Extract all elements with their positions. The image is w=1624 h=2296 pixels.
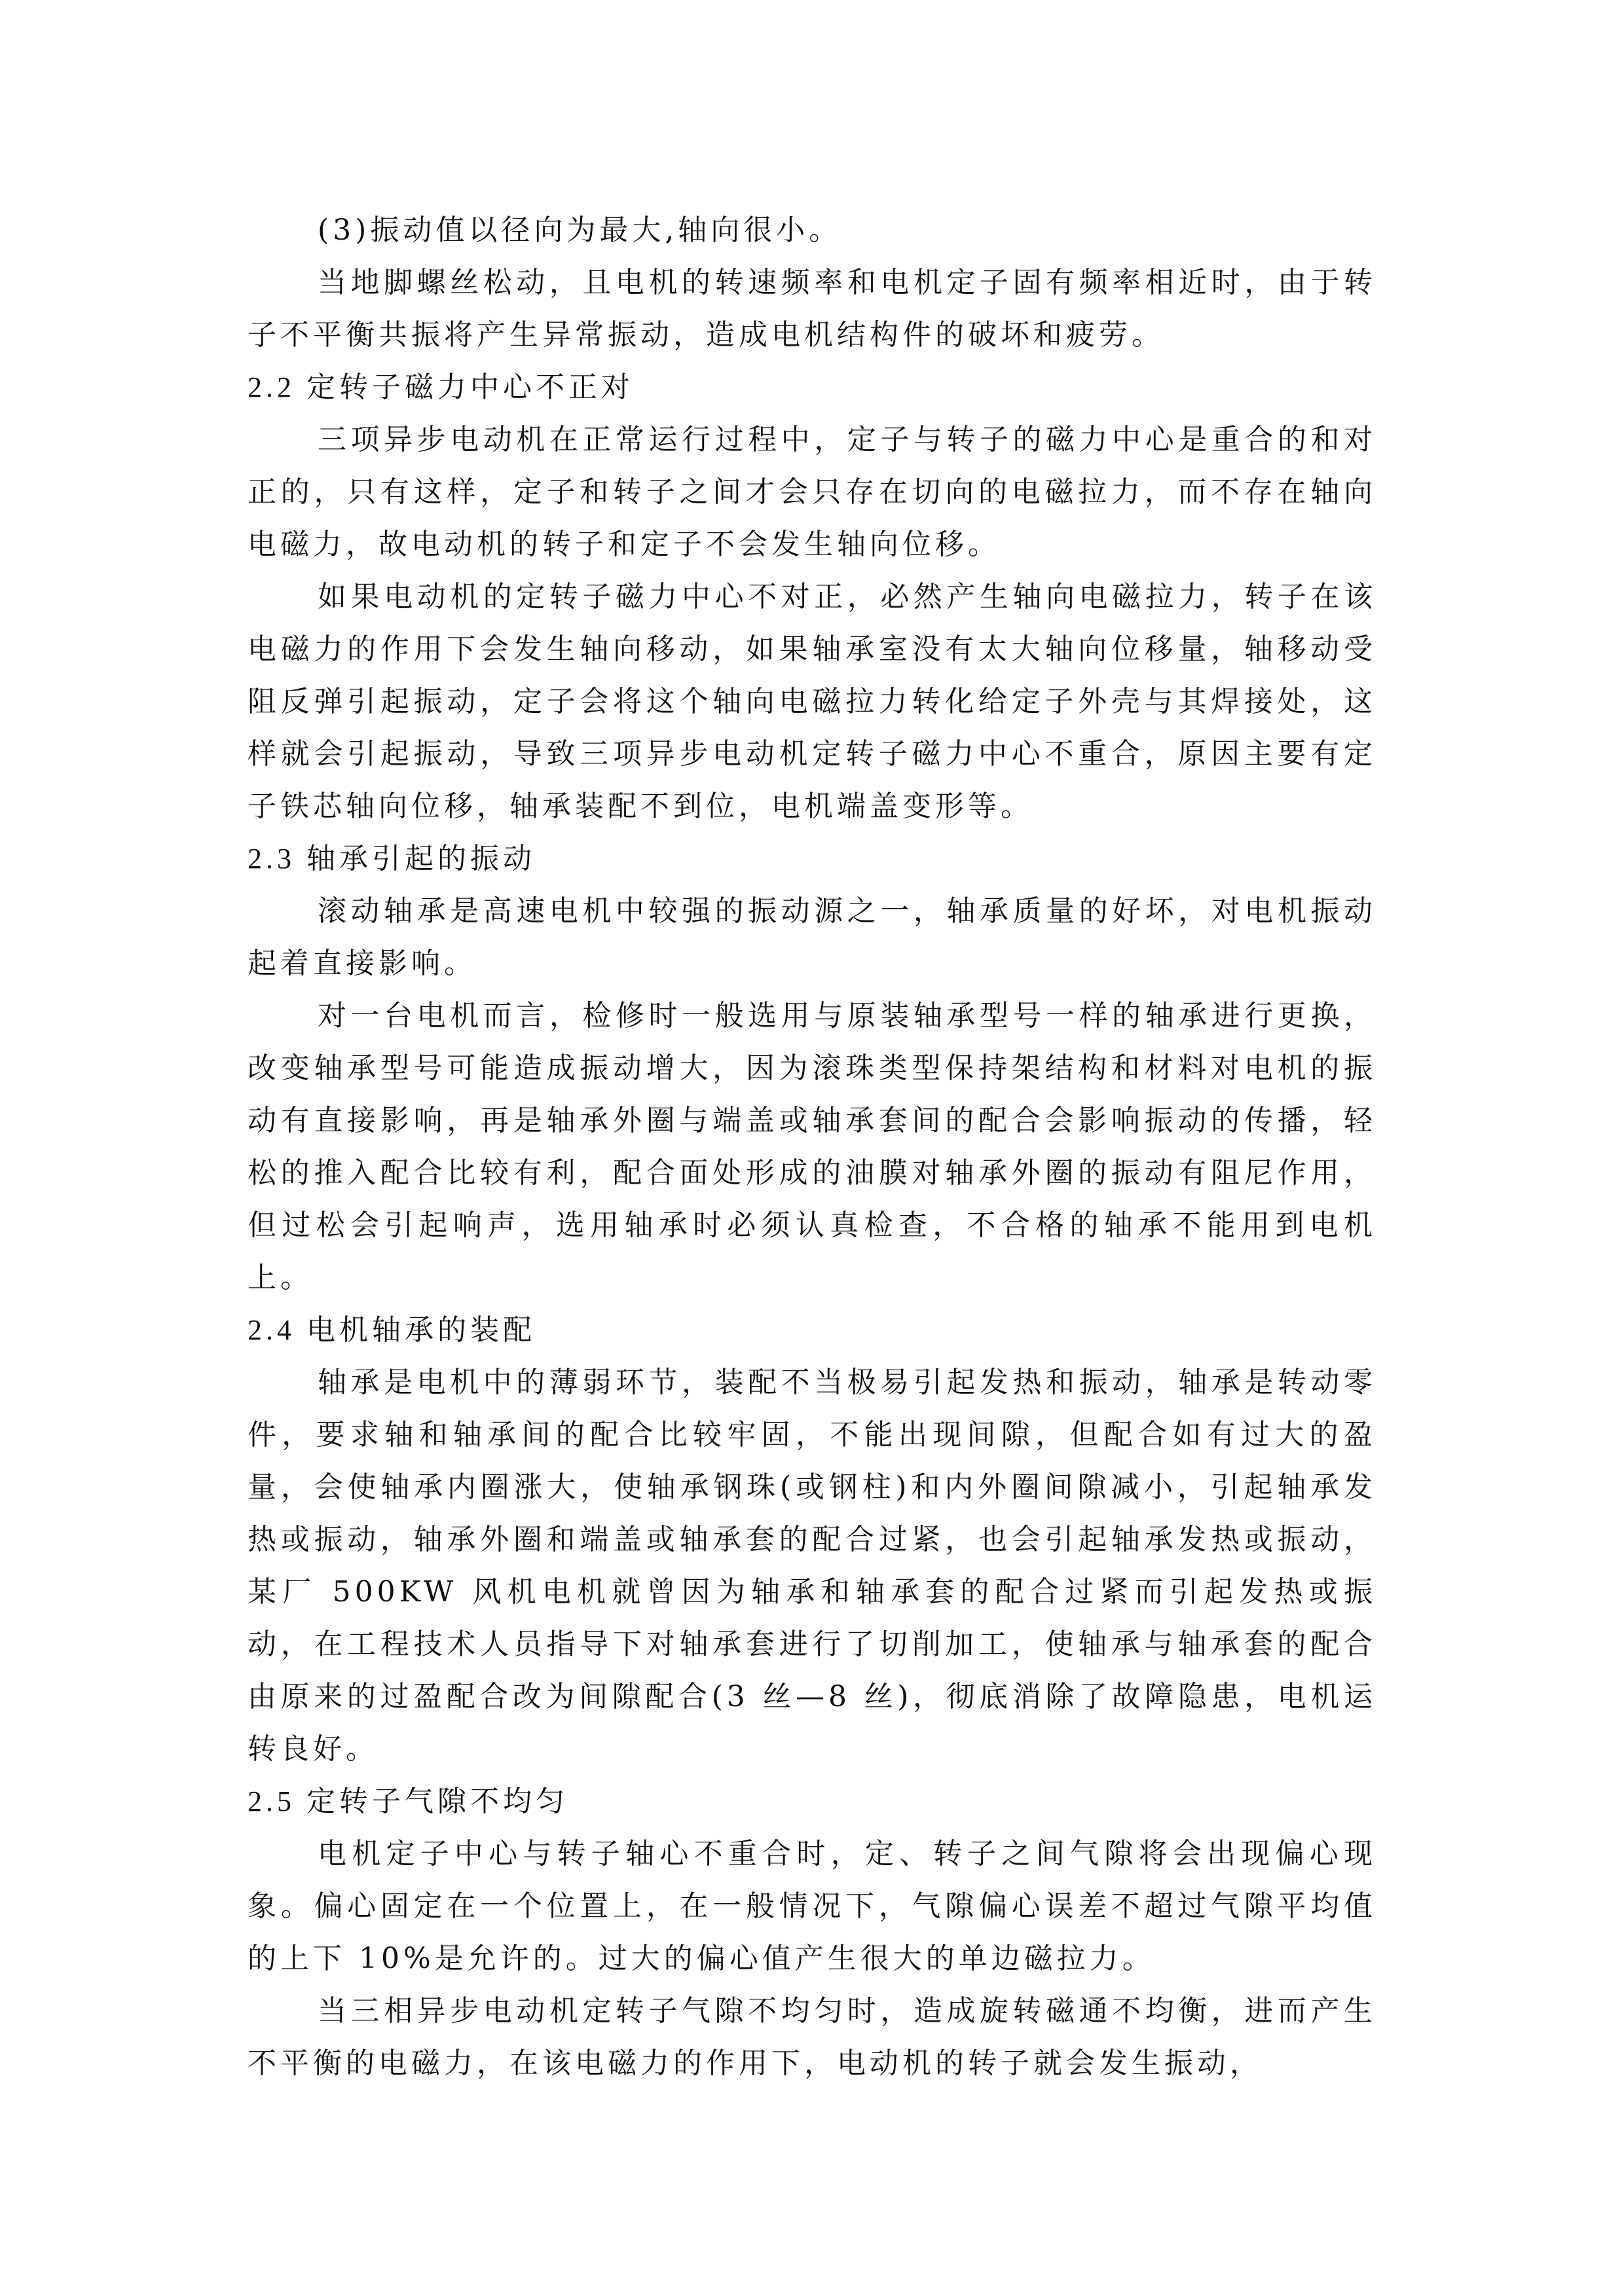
paragraph-bearing-replacement: 对一台电机而言，检修时一般选用与原装轴承型号一样的轴承进行更换，改变轴承型号可能… [248, 990, 1376, 1304]
paragraph-rolling-bearing: 滚动轴承是高速电机中较强的振动源之一，轴承质量的好坏，对电机振动起着直接影响。 [248, 885, 1376, 990]
paragraph-loose-foot-bolts: 当地脚螺丝松动，且电机的转速频率和电机定子固有频率相近时，由于转子不平衡共振将产… [248, 257, 1376, 361]
paragraph-air-gap-eccentricity: 电机定子中心与转子轴心不重合时，定、转子之间气隙将会出现偏心现象。偏心固定在一个… [248, 1828, 1376, 1985]
document-page: (3)振动值以径向为最大,轴向很小。 当地脚螺丝松动，且电机的转速频率和电机定子… [248, 204, 1376, 2090]
paragraph-air-gap-uneven-flux: 当三相异步电动机定转子气隙不均匀时，造成旋转磁通不均衡，进而产生不平衡的电磁力，… [248, 1985, 1376, 2090]
section-heading-2-4: 2.4 电机轴承的装配 [248, 1304, 1376, 1357]
paragraph-bearing-assembly: 轴承是电机中的薄弱环节，装配不当极易引起发热和振动，轴承是转动零件，要求轴和轴承… [248, 1357, 1376, 1776]
paragraph-magnetic-center-normal: 三项异步电动机在正常运行过程中，定子与转子的磁力中心是重合的和对正的，只有这样，… [248, 414, 1376, 571]
paragraph-vibration-radial: (3)振动值以径向为最大,轴向很小。 [248, 204, 1376, 257]
section-heading-2-3: 2.3 轴承引起的振动 [248, 833, 1376, 885]
section-heading-2-2: 2.2 定转子磁力中心不正对 [248, 361, 1376, 414]
section-heading-2-5: 2.5 定转子气隙不均匀 [248, 1776, 1376, 1828]
paragraph-magnetic-center-misaligned: 如果电动机的定转子磁力中心不对正，必然产生轴向电磁拉力，转子在该电磁力的作用下会… [248, 571, 1376, 833]
